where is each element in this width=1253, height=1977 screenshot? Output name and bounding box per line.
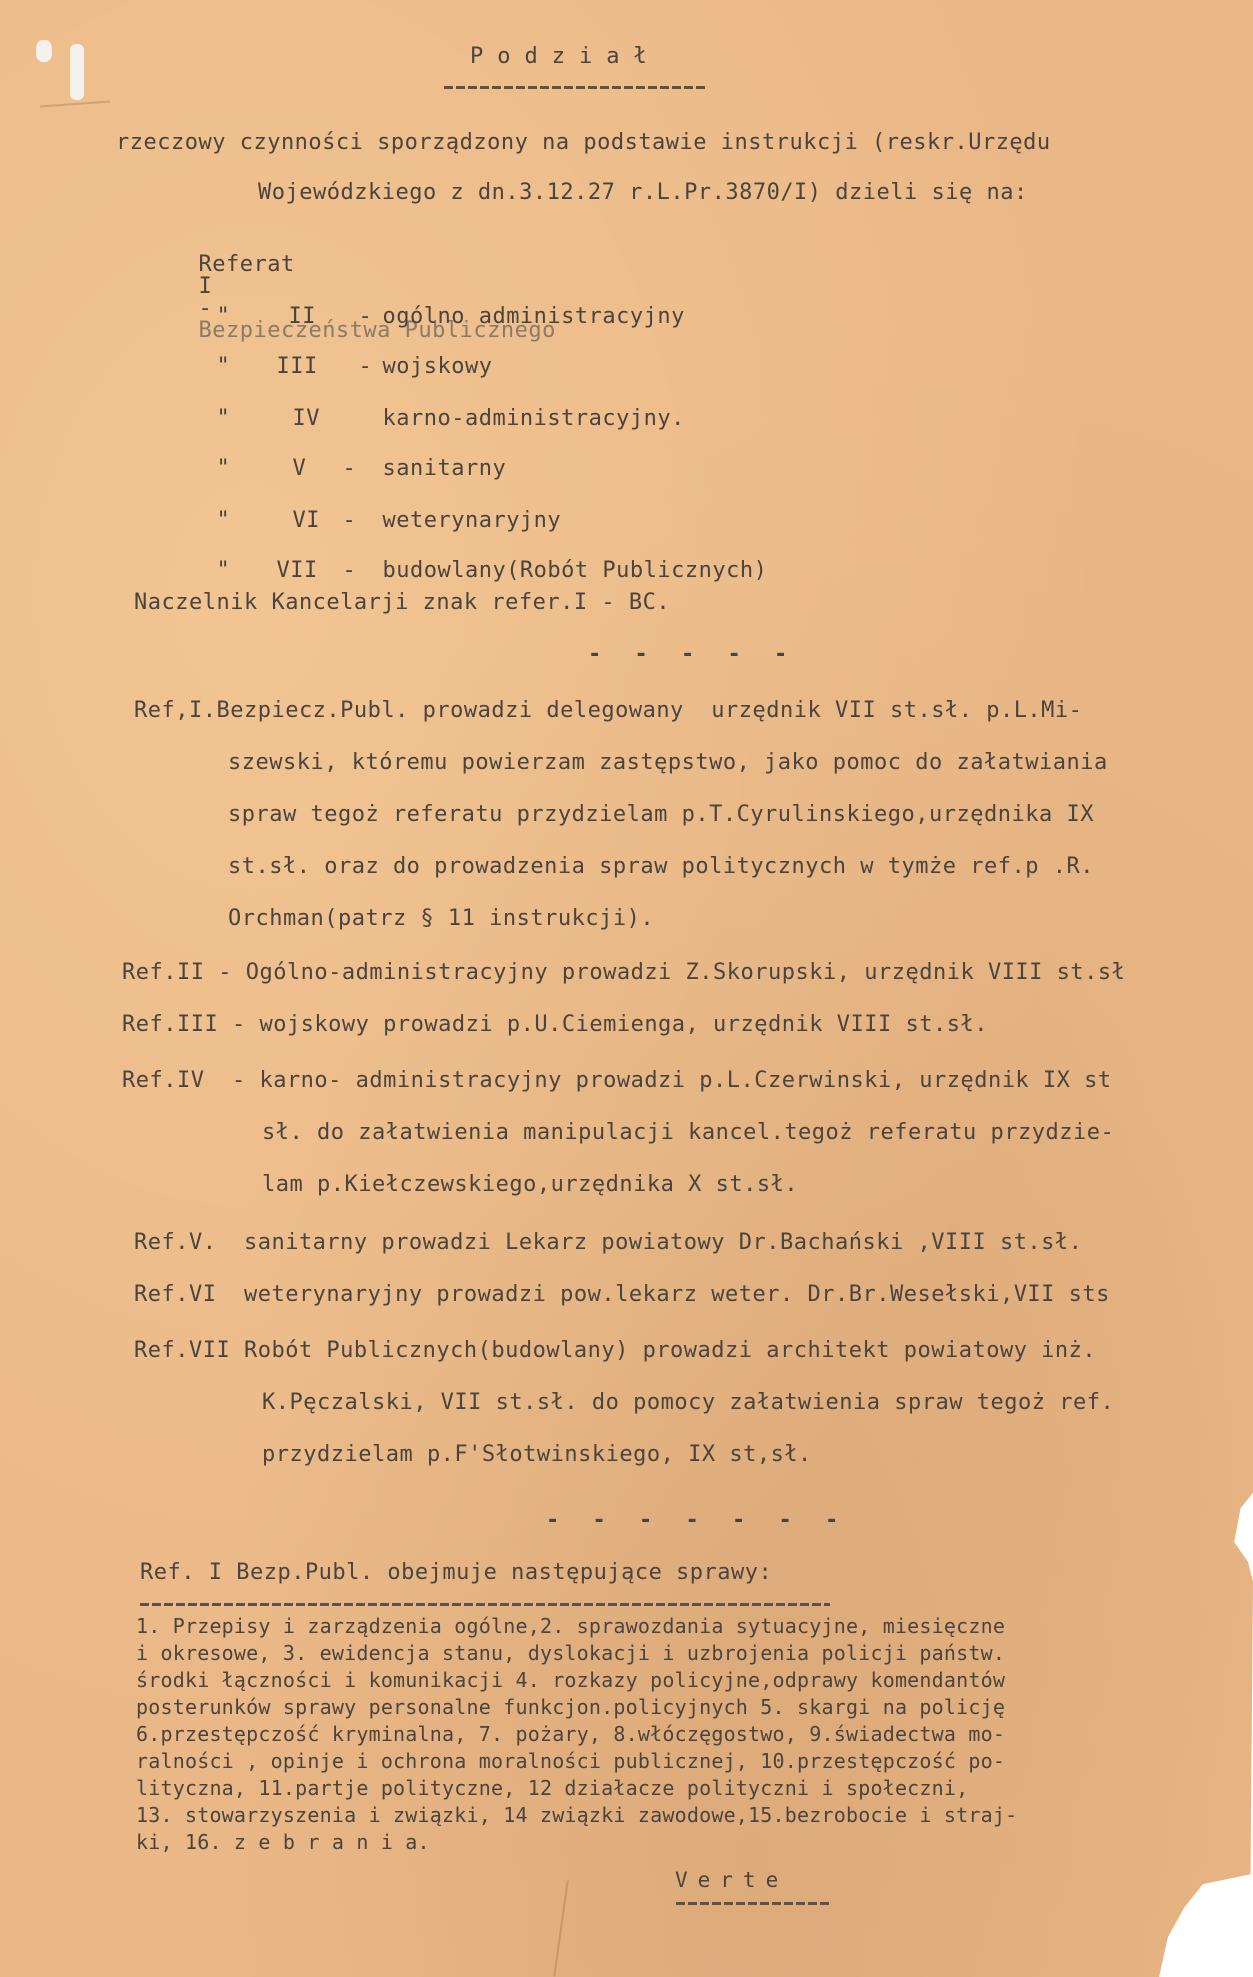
referat-name: sanitarny [382, 456, 506, 481]
referat-number: VII [276, 560, 342, 582]
referat-number: V [292, 458, 342, 480]
referat-dash: - [358, 306, 382, 328]
document-title: Podział [470, 44, 661, 69]
paper-crease [553, 1880, 568, 1976]
ref1-assignment-line: Orchman(patrz § 11 instrukcji). [228, 908, 654, 930]
section-separator: - - - - - - - [546, 1508, 848, 1533]
ref2-assignment-line: Ref.II - Ogólno-administracyjny prowadzi… [122, 962, 1125, 984]
referat-dash: - [342, 560, 382, 582]
ref3-assignment-line: Ref.III - wojskowy prowadzi p.U.Ciemieng… [122, 1014, 988, 1036]
referat-prefix: " [216, 356, 276, 378]
punch-hole [36, 40, 52, 62]
referat-number: II [288, 306, 358, 328]
ref1-assignment-line: Ref,I.Bezpiecz.Publ. prowadzi delegowany… [134, 700, 1082, 722]
referat-number: III [276, 356, 358, 378]
verte-underline [676, 1902, 832, 1905]
scope-line: i okresowe, 3. ewidencja stanu, dyslokac… [136, 1643, 1005, 1663]
ref1-scope-heading: Ref. I Bezp.Publ. obejmuje następujące s… [140, 1562, 772, 1584]
ref7-assignment-line: przydzielam p.F'Słotwinskiego, IX st,sł. [262, 1444, 812, 1466]
referat-prefix: " [216, 458, 292, 480]
heading-underline [140, 1603, 830, 1606]
scope-line: lityczna, 11.partje polityczne, 12 dział… [136, 1778, 968, 1798]
referat-prefix: " [216, 560, 276, 582]
ref7-assignment-line: K.Pęczalski, VII st.sł. do pomocy załatw… [262, 1392, 1114, 1414]
referat-prefix: " [216, 306, 288, 328]
scope-line: ralności , opinje i ochrona moralności p… [136, 1751, 1005, 1771]
scope-line: środki łączności i komunikacji 4. rozkaz… [136, 1670, 1005, 1690]
naczelnik-line: Naczelnik Kancelarji znak refer.I - BC. [134, 592, 670, 614]
referat-number: IV [292, 408, 382, 430]
referat-name: wojskowy [382, 354, 492, 379]
scope-line: 6.przestępczość kryminalna, 7. pożary, 8… [136, 1724, 1005, 1744]
referat-name: budowlany(Robót Publicznych) [382, 558, 767, 583]
referat-prefix: " [216, 510, 292, 532]
ref5-assignment-line: Ref.V. sanitarny prowadzi Lekarz powiato… [134, 1232, 1082, 1254]
ref1-assignment-line: st.sł. oraz do prowadzenia spraw polityc… [228, 856, 1094, 878]
scope-line: posterunków sprawy personalne funkcjon.p… [136, 1697, 1005, 1717]
referat-prefix: " [216, 408, 292, 430]
ref7-assignment-line: Ref.VII Robót Publicznych(budowlany) pro… [134, 1340, 1096, 1362]
ref4-assignment-line: Ref.IV - karno- administracyjny prowadzi… [122, 1070, 1112, 1092]
ref6-assignment-line: Ref.VI weterynaryjny prowadzi pow.lekarz… [134, 1284, 1110, 1306]
scope-line: ki, 16. z e b r a n i a. [136, 1832, 430, 1852]
verte-label: Verte [675, 1868, 788, 1892]
referat-name: ogólno administracyjny [382, 304, 684, 329]
ref1-assignment-line: szewski, któremu powierzam zastępstwo, j… [228, 752, 1108, 774]
ref4-assignment-line: lam p.Kiełczewskiego,urzędnika X st.sł. [262, 1174, 798, 1196]
referat-dash: - [358, 356, 382, 378]
referat-name: weterynaryjny [382, 508, 561, 533]
title-underline [444, 86, 706, 89]
referat-dash: - [342, 510, 382, 532]
scope-line: 13. stowarzyszenia i związki, 14 związki… [136, 1805, 1017, 1825]
tear-mark [70, 44, 84, 100]
ref4-assignment-line: sł. do załatwienia manipulacji kancel.te… [262, 1122, 1114, 1144]
section-separator: - - - - - [588, 642, 797, 667]
referat-number: VI [292, 510, 342, 532]
paper-crease [40, 101, 110, 108]
referat-dash: - [342, 458, 382, 480]
referat-name: karno-administracyjny. [382, 406, 684, 431]
intro-line-2: Wojewódzkiego z dn.3.12.27 r.L.Pr.3870/I… [258, 182, 1028, 204]
scope-line: 1. Przepisy i zarządzenia ogólne,2. spra… [136, 1616, 1005, 1636]
ref1-assignment-line: spraw tegoż referatu przydzielam p.T.Cyr… [228, 804, 1094, 826]
referat-prefix: Referat [198, 252, 294, 277]
document-page: Podział rzeczowy czynności sporządzony n… [0, 0, 1253, 1977]
intro-line-1: rzeczowy czynności sporządzony na podsta… [116, 132, 1051, 154]
